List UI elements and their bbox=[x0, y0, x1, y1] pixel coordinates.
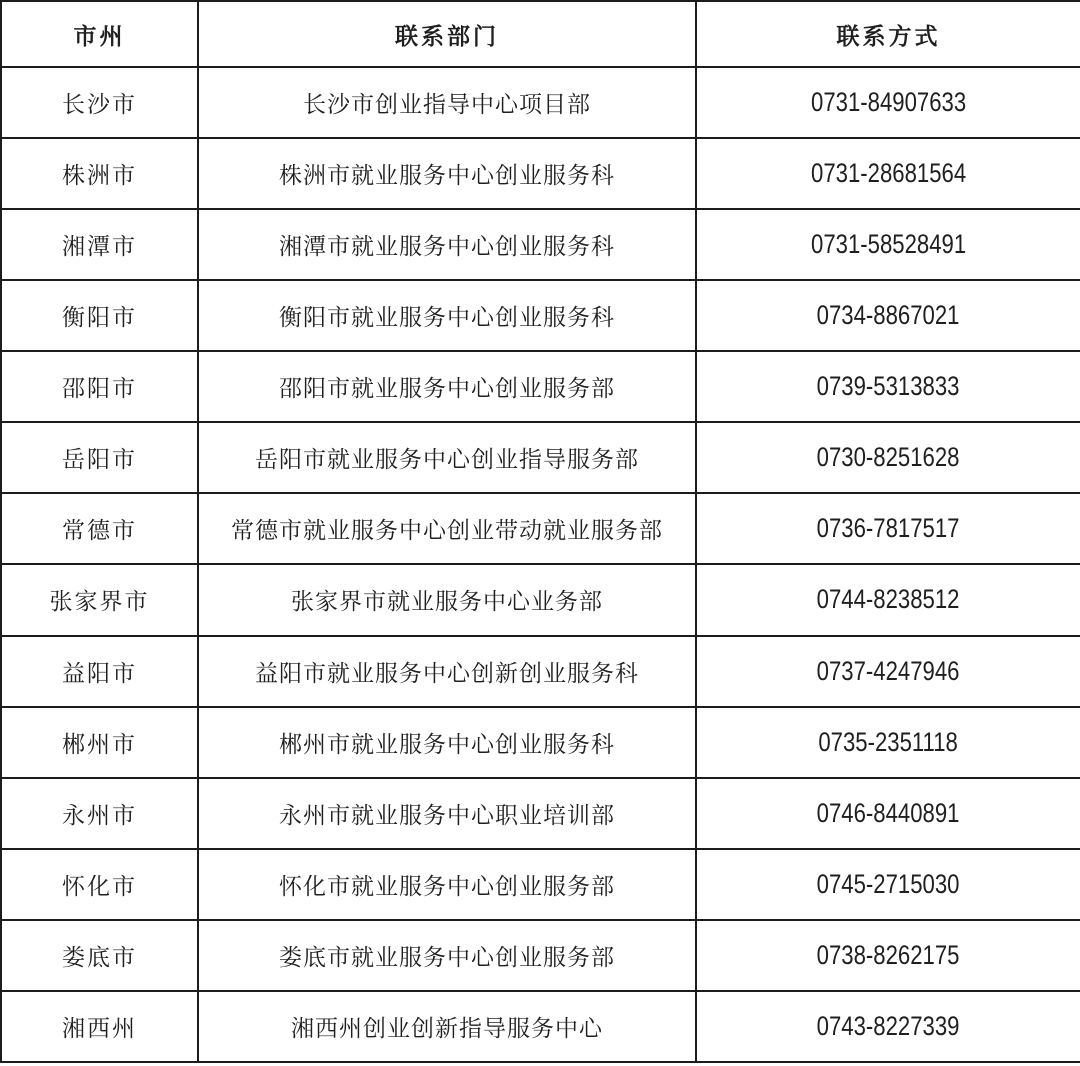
table-row: 长沙市 长沙市创业指导中心项目部 0731-84907633 bbox=[1, 67, 1080, 138]
table-row: 湘潭市 湘潭市就业服务中心创业服务科 0731-58528491 bbox=[1, 209, 1080, 280]
phone-cell: 0731-58528491 bbox=[696, 209, 1080, 280]
city-cell: 邵阳市 bbox=[1, 351, 198, 422]
column-header-phone: 联系方式 bbox=[696, 1, 1080, 67]
phone-number: 0743-8227339 bbox=[817, 1011, 960, 1042]
department-cell: 常德市就业服务中心创业带动就业服务部 bbox=[198, 493, 696, 564]
phone-cell: 0738-8262175 bbox=[696, 920, 1080, 991]
table-row: 邵阳市 邵阳市就业服务中心创业服务部 0739-5313833 bbox=[1, 351, 1080, 422]
city-cell: 娄底市 bbox=[1, 920, 198, 991]
city-cell: 长沙市 bbox=[1, 67, 198, 138]
phone-cell: 0739-5313833 bbox=[696, 351, 1080, 422]
city-cell: 郴州市 bbox=[1, 707, 198, 778]
phone-number: 0731-28681564 bbox=[811, 158, 966, 189]
phone-cell: 0745-2715030 bbox=[696, 849, 1080, 920]
department-cell: 衡阳市就业服务中心创业服务科 bbox=[198, 280, 696, 351]
city-cell: 岳阳市 bbox=[1, 422, 198, 493]
department-cell: 长沙市创业指导中心项目部 bbox=[198, 67, 696, 138]
phone-number: 0745-2715030 bbox=[817, 869, 960, 900]
phone-cell: 0731-28681564 bbox=[696, 138, 1080, 209]
column-header-city: 市州 bbox=[1, 1, 198, 67]
table-row: 湘西州 湘西州创业创新指导服务中心 0743-8227339 bbox=[1, 991, 1080, 1062]
table-row: 永州市 永州市就业服务中心职业培训部 0746-8440891 bbox=[1, 778, 1080, 849]
city-cell: 衡阳市 bbox=[1, 280, 198, 351]
phone-cell: 0744-8238512 bbox=[696, 564, 1080, 635]
table-row: 张家界市 张家界市就业服务中心业务部 0744-8238512 bbox=[1, 564, 1080, 635]
phone-number: 0736-7817517 bbox=[817, 513, 960, 544]
phone-cell: 0736-7817517 bbox=[696, 493, 1080, 564]
table-row: 岳阳市 岳阳市就业服务中心创业指导服务部 0730-8251628 bbox=[1, 422, 1080, 493]
table-header-row: 市州 联系部门 联系方式 bbox=[1, 1, 1080, 67]
phone-number: 0739-5313833 bbox=[817, 371, 960, 402]
phone-number: 0746-8440891 bbox=[817, 798, 960, 829]
department-cell: 益阳市就业服务中心创新创业服务科 bbox=[198, 636, 696, 707]
phone-cell: 0730-8251628 bbox=[696, 422, 1080, 493]
department-cell: 永州市就业服务中心职业培训部 bbox=[198, 778, 696, 849]
phone-cell: 0737-4247946 bbox=[696, 636, 1080, 707]
phone-cell: 0735-2351118 bbox=[696, 707, 1080, 778]
phone-cell: 0731-84907633 bbox=[696, 67, 1080, 138]
city-cell: 怀化市 bbox=[1, 849, 198, 920]
phone-number: 0731-58528491 bbox=[811, 229, 966, 260]
phone-number: 0738-8262175 bbox=[817, 940, 960, 971]
table-row: 常德市 常德市就业服务中心创业带动就业服务部 0736-7817517 bbox=[1, 493, 1080, 564]
department-cell: 岳阳市就业服务中心创业指导服务部 bbox=[198, 422, 696, 493]
department-cell: 湘潭市就业服务中心创业服务科 bbox=[198, 209, 696, 280]
city-cell: 湘潭市 bbox=[1, 209, 198, 280]
city-cell: 株洲市 bbox=[1, 138, 198, 209]
phone-number: 0744-8238512 bbox=[817, 584, 960, 615]
phone-cell: 0746-8440891 bbox=[696, 778, 1080, 849]
phone-number: 0731-84907633 bbox=[811, 87, 966, 118]
city-cell: 永州市 bbox=[1, 778, 198, 849]
city-cell: 湘西州 bbox=[1, 991, 198, 1062]
department-cell: 张家界市就业服务中心业务部 bbox=[198, 564, 696, 635]
city-cell: 益阳市 bbox=[1, 636, 198, 707]
city-cell: 张家界市 bbox=[1, 564, 198, 635]
phone-number: 0735-2351118 bbox=[819, 727, 959, 758]
table-row: 怀化市 怀化市就业服务中心创业服务部 0745-2715030 bbox=[1, 849, 1080, 920]
phone-number: 0734-8867021 bbox=[817, 300, 960, 331]
column-header-department: 联系部门 bbox=[198, 1, 696, 67]
department-cell: 郴州市就业服务中心创业服务科 bbox=[198, 707, 696, 778]
table-row: 株洲市 株洲市就业服务中心创业服务科 0731-28681564 bbox=[1, 138, 1080, 209]
department-cell: 株洲市就业服务中心创业服务科 bbox=[198, 138, 696, 209]
city-cell: 常德市 bbox=[1, 493, 198, 564]
table-row: 郴州市 郴州市就业服务中心创业服务科 0735-2351118 bbox=[1, 707, 1080, 778]
table-row: 娄底市 娄底市就业服务中心创业服务部 0738-8262175 bbox=[1, 920, 1080, 991]
phone-number: 0730-8251628 bbox=[817, 442, 960, 473]
department-cell: 怀化市就业服务中心创业服务部 bbox=[198, 849, 696, 920]
department-cell: 湘西州创业创新指导服务中心 bbox=[198, 991, 696, 1062]
table-row: 益阳市 益阳市就业服务中心创新创业服务科 0737-4247946 bbox=[1, 636, 1080, 707]
contact-table: 市州 联系部门 联系方式 长沙市 长沙市创业指导中心项目部 0731-84907… bbox=[0, 0, 1080, 1063]
table-row: 衡阳市 衡阳市就业服务中心创业服务科 0734-8867021 bbox=[1, 280, 1080, 351]
phone-cell: 0734-8867021 bbox=[696, 280, 1080, 351]
department-cell: 邵阳市就业服务中心创业服务部 bbox=[198, 351, 696, 422]
phone-cell: 0743-8227339 bbox=[696, 991, 1080, 1062]
phone-number: 0737-4247946 bbox=[817, 656, 960, 687]
department-cell: 娄底市就业服务中心创业服务部 bbox=[198, 920, 696, 991]
